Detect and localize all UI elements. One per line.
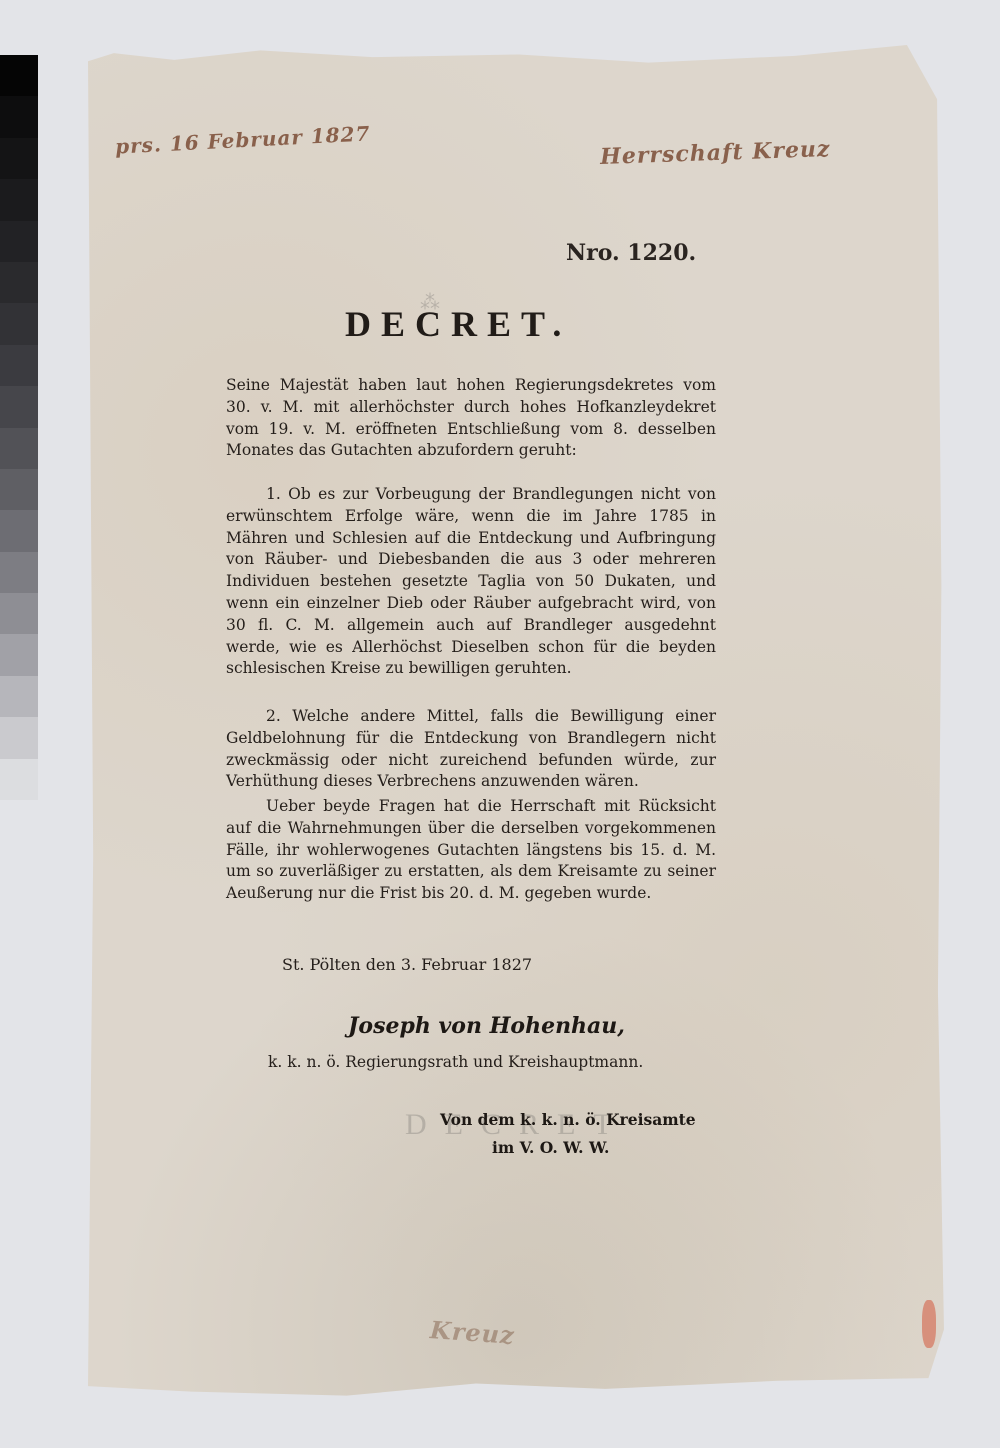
calibration-step (0, 55, 38, 96)
calibration-step (0, 179, 38, 220)
calibration-step (0, 428, 38, 469)
calibration-step (0, 345, 38, 386)
calibration-step (0, 138, 38, 179)
issuing-office-line1: Von dem k. k. n. ö. Kreisamte (440, 1110, 696, 1129)
calibration-step (0, 759, 38, 800)
grayscale-calibration-strip (0, 55, 38, 800)
calibration-step (0, 676, 38, 717)
calibration-step (0, 96, 38, 137)
red-wax-residue (922, 1300, 936, 1348)
signatory-title: k. k. n. ö. Regierungsrath und Kreishaup… (268, 1053, 643, 1071)
document-title: DECRET. (345, 303, 571, 345)
issuing-office-line2: im V. O. W. W. (492, 1138, 609, 1157)
calibration-step (0, 552, 38, 593)
signatory-name: Joseph von Hohenhau, (348, 1013, 625, 1039)
calibration-step (0, 303, 38, 344)
bleedthrough-mark: ⁂ (420, 290, 440, 315)
calibration-step (0, 262, 38, 303)
document-number: Nro. 1220. (566, 240, 696, 266)
calibration-step (0, 717, 38, 758)
place-date: St. Pölten den 3. Februar 1827 (282, 955, 532, 974)
question-2-text: 2. Welche andere Mittel, falls die Bewil… (226, 706, 716, 793)
handwritten-note-bottom: Kreuz (429, 1315, 516, 1350)
instruction-paragraph: Ueber beyde Fragen hat die Herrschaft mi… (226, 796, 716, 905)
intro-paragraph: Seine Majestät haben laut hohen Regierun… (226, 375, 716, 462)
calibration-step (0, 593, 38, 634)
document-body: Seine Majestät haben laut hohen Regierun… (226, 375, 716, 462)
question-2: 2. Welche andere Mittel, falls die Bewil… (226, 706, 716, 793)
question-1: 1. Ob es zur Vorbeugung der Brandlegunge… (226, 484, 716, 680)
calibration-step (0, 469, 38, 510)
question-1-text: 1. Ob es zur Vorbeugung der Brandlegunge… (226, 484, 716, 680)
calibration-step (0, 634, 38, 675)
calibration-step (0, 510, 38, 551)
instruction-text: Ueber beyde Fragen hat die Herrschaft mi… (226, 796, 716, 905)
calibration-step (0, 386, 38, 427)
calibration-step (0, 221, 38, 262)
